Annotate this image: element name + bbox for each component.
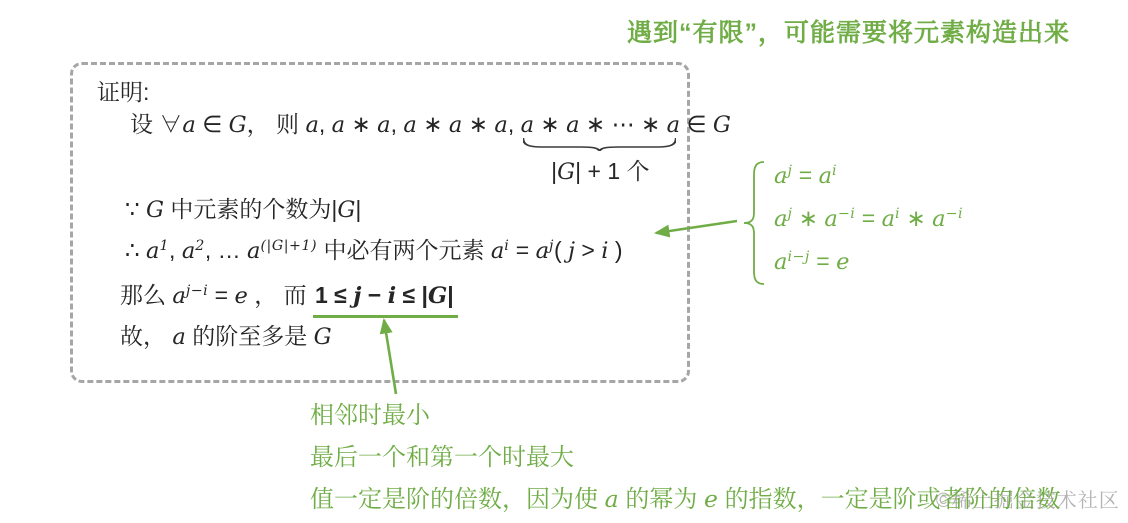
side-eq-1: aj = ai — [774, 156, 963, 199]
side-derivation: aj = ai aj ∗ a−i = ai ∗ a−i ai−j = e — [744, 156, 963, 285]
left-brace-icon — [744, 160, 764, 286]
formula-pre: 设 ∀a ∈ G， 则 a, a ∗ a, a ∗ a ∗ a, — [130, 111, 521, 137]
slide-canvas: 遇到“有限”，可能需要将元素构造出来 证明: 设 ∀a ∈ G， 则 a, a … — [0, 0, 1128, 523]
underbrace-label: |G| + 1 个 — [551, 155, 649, 188]
proof-line-then: 那么 aj−i = e ， 而 1 ≤ j − i ≤ |G| — [120, 275, 458, 318]
note-largest: 最后一个和第一个时最大 — [310, 437, 574, 472]
formula-pre: 那么 aj−i = e ， 而 — [120, 282, 313, 308]
braced-formula: a ∗ a ∗ ⋯ ∗ a — [521, 111, 680, 137]
header-annotation: 遇到“有限”，可能需要将元素构造出来 — [627, 13, 1070, 49]
underlined-range: 1 ≤ j − i ≤ |G| — [313, 279, 458, 318]
proof-box: 证明: 设 ∀a ∈ G， 则 a, a ∗ a, a ∗ a ∗ a, a ∗… — [70, 62, 690, 383]
side-eq-3: ai−j = e — [774, 242, 963, 285]
note-order-multiple: 值一定是阶的倍数，因为使 a 的幂为 e 的指数，一定是阶或者阶的倍数 — [310, 479, 1061, 514]
underbrace-group: a ∗ a ∗ ⋯ ∗ a|G| + 1 个 — [521, 108, 680, 141]
proof-line-therefore: ∴ a1, a2, … a(|G|+1) 中必有两个元素 ai = aj( j … — [125, 230, 623, 267]
proof-line-setup: 设 ∀a ∈ G， 则 a, a ∗ a, a ∗ a ∗ a, a ∗ a ∗… — [130, 108, 731, 141]
proof-title: 证明: — [97, 74, 149, 107]
proof-line-final: 故， a 的阶至多是 G — [120, 320, 332, 353]
note-smallest: 相邻时最小 — [310, 395, 430, 430]
proof-line-because: ∵ G 中元素的个数为|G| — [125, 193, 361, 226]
side-eq-2: aj ∗ a−i = ai ∗ a−i — [774, 199, 963, 242]
underbrace-icon — [523, 138, 676, 151]
formula-post: ∈ G — [680, 111, 731, 137]
